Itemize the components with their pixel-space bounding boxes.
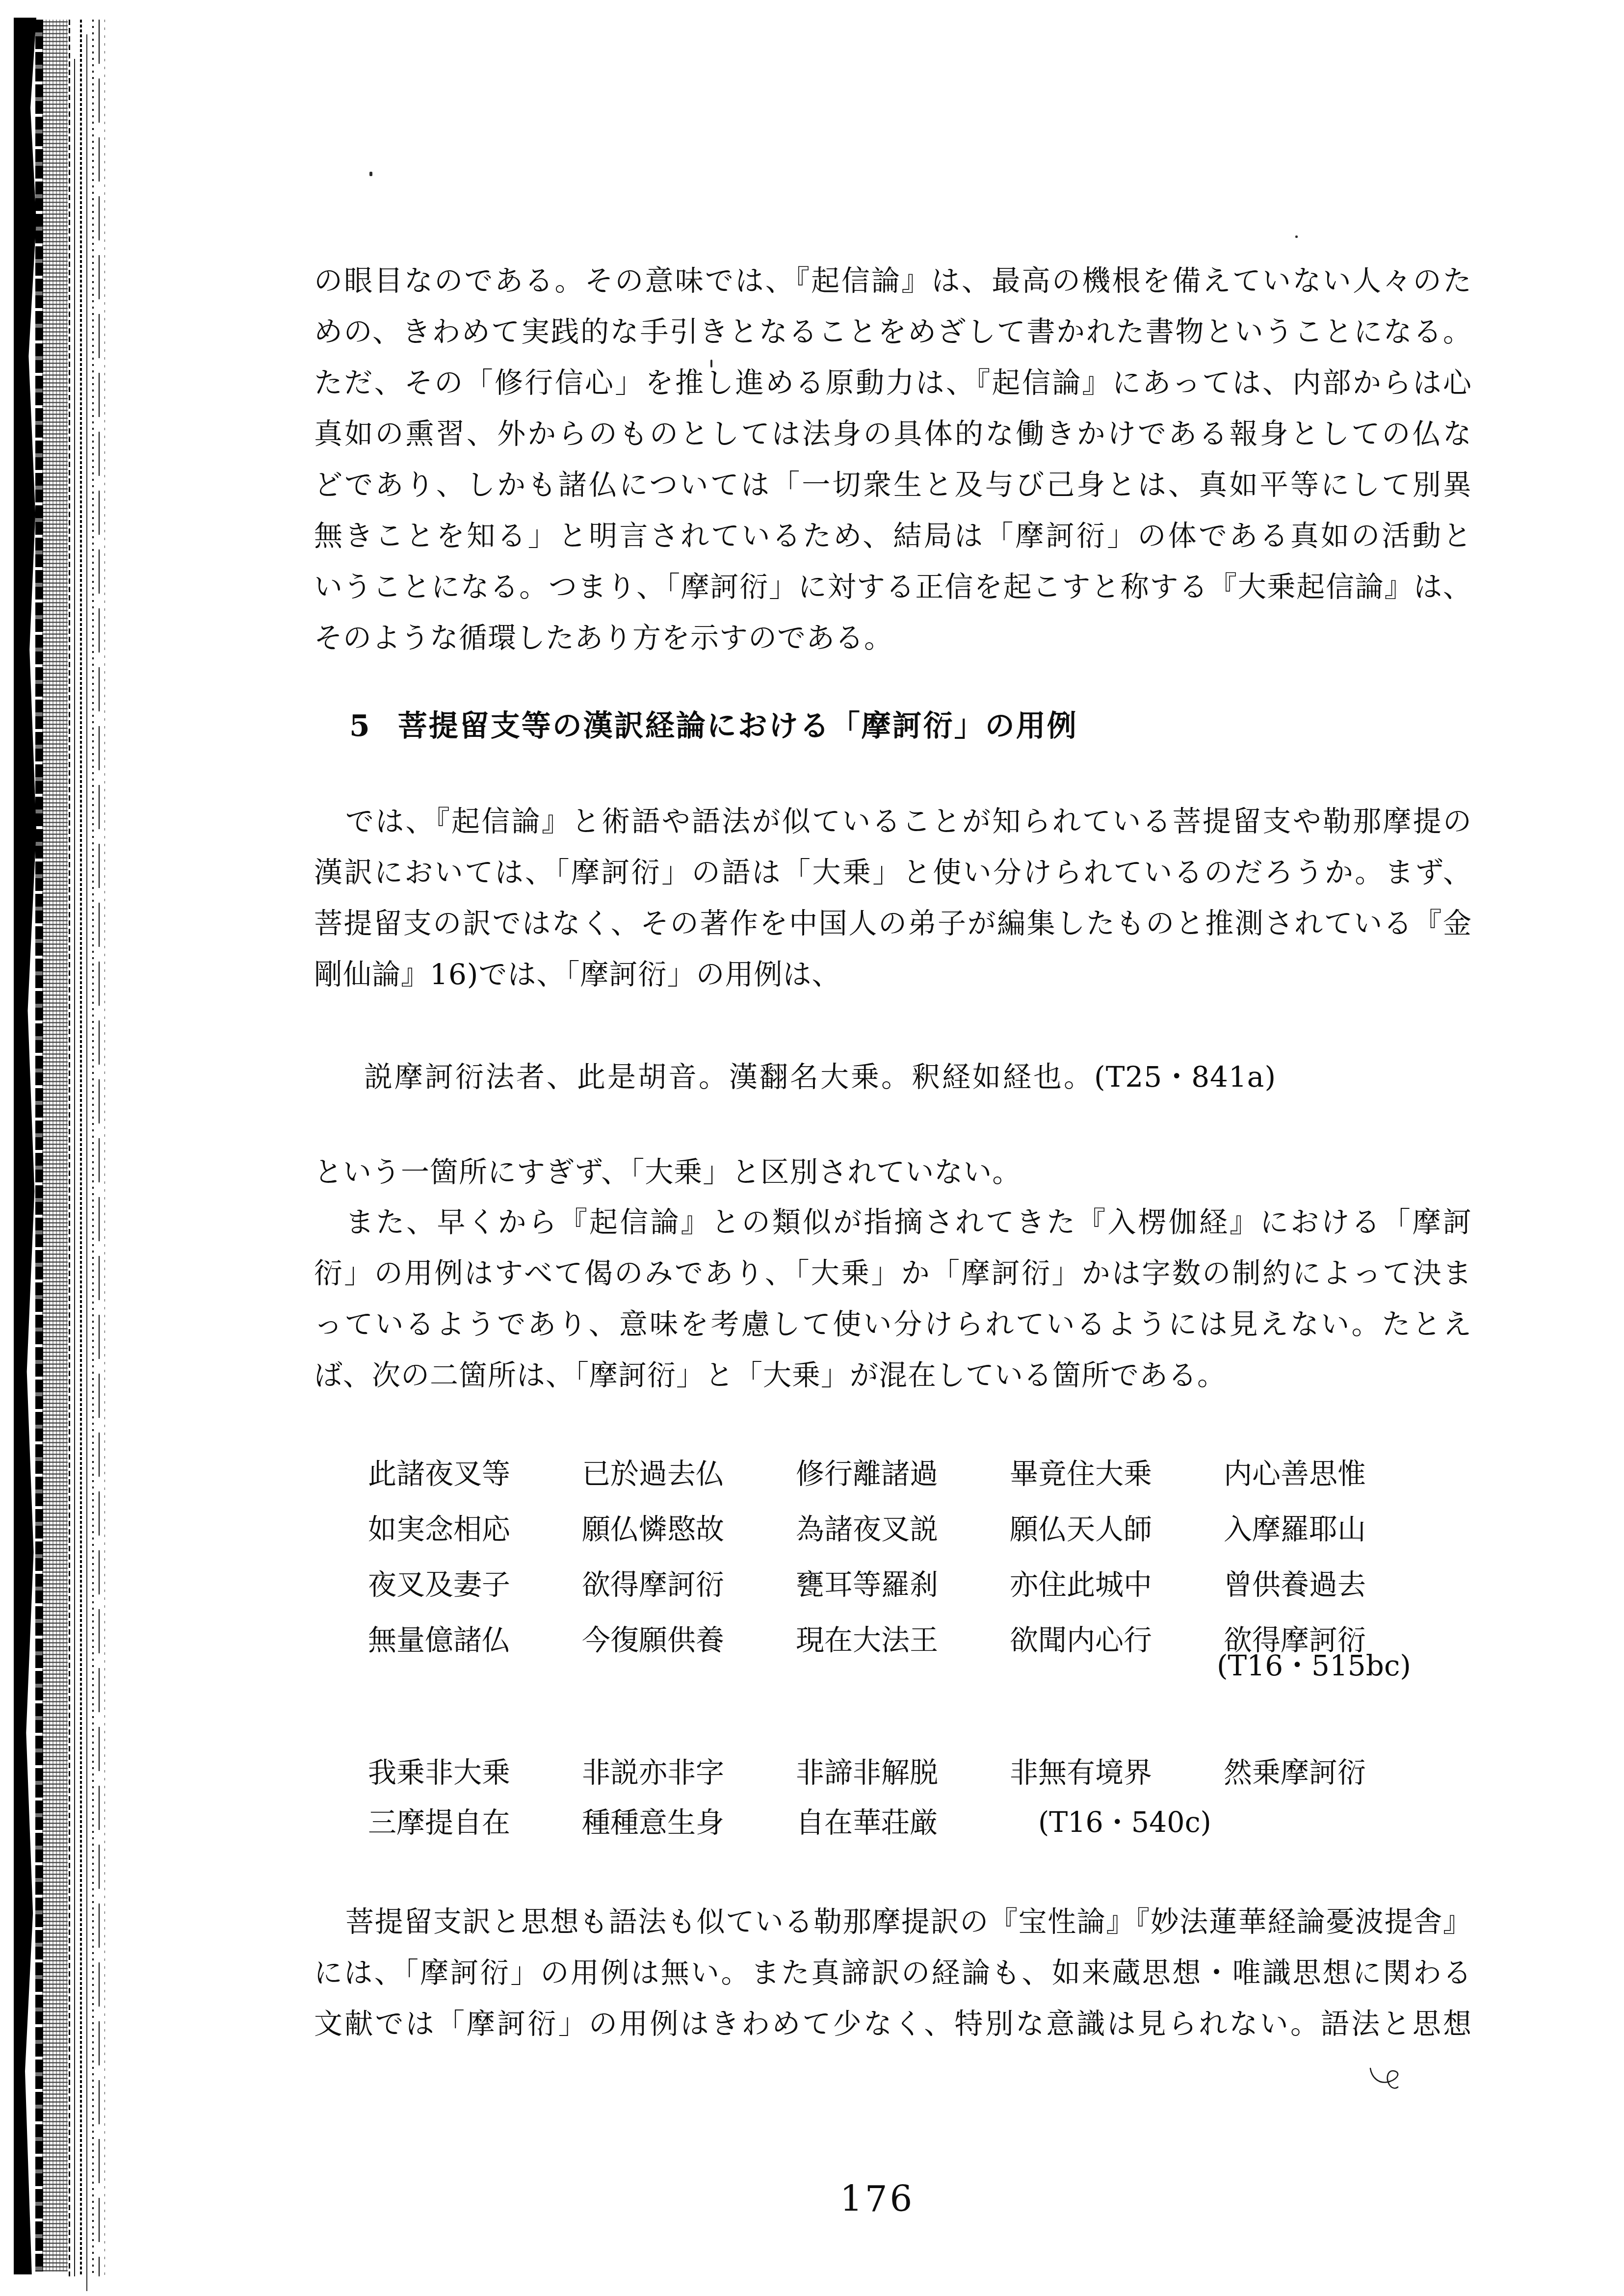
verse-phrase: 非無有境界 (1010, 1748, 1152, 1798)
verse-phrase: 甕耳等羅刹 (796, 1557, 938, 1613)
verse-phrase: 今復願供養 (582, 1613, 724, 1668)
gutter-streak (74, 59, 75, 2276)
paragraph-1: の眼目なのである。その意味では、『起信論』は、最高の機根を備えていない人々のため… (314, 255, 1472, 663)
verse-row: 我乗非大乗非説亦非字非諦非解脱非無有境界然乗摩訶衍 (368, 1748, 1366, 1798)
text-line: そのような循環したあり方を示すのである。 (314, 612, 1472, 663)
paragraph-5: 菩提留支訳と思想も語法も似ている勒那摩提訳の『宝性論』『妙法蓮華経論憂波提舎』に… (314, 1896, 1472, 2049)
paragraph-3: という一箇所にすぎず、「大乗」と区別されていない。 (314, 1147, 1472, 1198)
verse-citation: (T16・540c) (1038, 1798, 1211, 1848)
verse-phrase: 我乗非大乗 (368, 1748, 510, 1798)
verse-block-1: 此諸夜叉等已於過去仏修行離諸過畢竟住大乗内心善思惟如実念相応願仏憐愍故為諸夜叉説… (368, 1446, 1366, 1668)
gutter-streak (99, 20, 100, 2276)
text-line: 文献では「摩訶衍」の用例はきわめて少なく、特別な意識は見られない。語法と思想 (314, 1998, 1472, 2049)
text-line: には、「摩訶衍」の用例は無い。また真諦訳の経論も、如来蔵思想・唯識思想に関わる (314, 1947, 1472, 1998)
text-line: 無きことを知る」と明言されているため、結局は「摩訶衍」の体である真如の活動と (314, 510, 1472, 561)
verse-phrase: 然乗摩訶衍 (1224, 1748, 1366, 1798)
gutter-streak (92, 20, 94, 2276)
section-heading: 5菩提留支等の漢訳経論における「摩訶衍」の用例 (349, 701, 1078, 752)
quote-citation: (T25・841a) (1094, 1060, 1276, 1094)
text-line: また、早くから『起信論』との類似が指摘されてきた『入楞伽経』における「摩訶 (314, 1197, 1472, 1248)
pen-squiggle-mark (1369, 2067, 1418, 2098)
text-line: 真如の熏習、外からのものとしては法身の具体的な働きかけである報身としての仏な (314, 408, 1472, 459)
text-line: どであり、しかも諸仏については「一切衆生と及与び己身とは、真如平等にして別異 (314, 459, 1472, 510)
text-line: ば、次の二箇所は、「摩訶衍」と「大乗」が混在している箇所である。 (314, 1350, 1472, 1401)
verse-phrase: 無量億諸仏 (368, 1613, 510, 1668)
text-line: という一箇所にすぎず、「大乗」と区別されていない。 (314, 1147, 1472, 1198)
quote-text: 説摩訶衍法者、此是胡音。漢翻名大乗。釈経如経也。 (364, 1060, 1094, 1094)
verse-row: 夜叉及妻子欲得摩訶衍甕耳等羅刹亦住此城中曾供養過去 (368, 1557, 1366, 1613)
section-title: 菩提留支等の漢訳経論における「摩訶衍」の用例 (398, 709, 1078, 743)
gutter-streak (105, 20, 105, 2276)
gutter-noise (42, 20, 68, 2271)
verse-phrase: 種種意生身 (582, 1798, 724, 1848)
text-line: の眼目なのである。その意味では、『起信論』は、最高の機根を備えていない人々のた (314, 255, 1472, 306)
text-line: 菩提留支の訳ではなく、その著作を中国人の弟子が編集したものと推測されている『金 (314, 898, 1472, 949)
verse-phrase: 願仏憐愍故 (582, 1502, 724, 1557)
verse-phrase: 畢竟住大乗 (1010, 1446, 1152, 1502)
verse-phrase: 欲聞内心行 (1010, 1613, 1152, 1668)
text-line: 菩提留支訳と思想も語法も似ている勒那摩提訳の『宝性論』『妙法蓮華経論憂波提舎』 (314, 1896, 1472, 1947)
text-line: いうことになる。つまり、「摩訶衍」に対する正信を起こすと称する『大乗起信論』は、 (314, 561, 1472, 612)
verse-phrase: 修行離諸過 (796, 1446, 938, 1502)
text-line: では、『起信論』と術語や語法が似ていることが知られている菩提留支や勒那摩提の (314, 796, 1472, 847)
verse-phrase: 已於過去仏 (582, 1446, 724, 1502)
verse-phrase: 三摩提自在 (368, 1798, 510, 1848)
verse-phrase: 非諦非解脱 (796, 1748, 938, 1798)
paragraph-4: また、早くから『起信論』との類似が指摘されてきた『入楞伽経』における「摩訶衍」の… (314, 1197, 1472, 1401)
gutter-black-band (14, 18, 36, 2274)
verse-phrase: 現在大法王 (796, 1613, 938, 1668)
verse-row: 如実念相応願仏憐愍故為諸夜叉説願仏天人師入摩羅耶山 (368, 1502, 1366, 1557)
text-line: めの、きわめて実践的な手引きとなることをめざして書かれた書物ということになる。 (314, 306, 1472, 357)
verse-citation-1: (T16・515bc) (1217, 1640, 1411, 1691)
text-line: ただ、その「修行信心」を推し進める原動力は、『起信論』にあっては、内部からは心 (314, 357, 1472, 408)
page-number: 176 (840, 2179, 915, 2218)
verse-phrase: 如実念相応 (368, 1502, 510, 1557)
text-line: 衍」の用例はすべて偈のみであり、「大乗」か「摩訶衍」かは字数の制約によって決ま (314, 1248, 1472, 1299)
gutter-streak (80, 20, 82, 2276)
block-quote: 説摩訶衍法者、此是胡音。漢翻名大乗。釈経如経也。(T25・841a) (364, 1051, 1276, 1102)
text-line: 漢訳においては、「摩訶衍」の語は「大乗」と使い分けられているのだろうか。まず、 (314, 847, 1472, 898)
verse-phrase: 非説亦非字 (582, 1748, 724, 1798)
section-number: 5 (349, 709, 371, 743)
text-line: っているようであり、意味を考慮して使い分けられているようには見えない。たとえ (314, 1299, 1472, 1350)
verse-phrase: 願仏天人師 (1010, 1502, 1152, 1557)
text-line: 剛仙論』16)では、「摩訶衍」の用例は、 (314, 949, 1472, 1000)
verse-phrase: 曾供養過去 (1224, 1557, 1366, 1613)
verse-phrase: 亦住此城中 (1010, 1557, 1152, 1613)
verse-phrase: 自在華荘厳 (796, 1798, 938, 1848)
scan-gutter (0, 0, 118, 2296)
verse-phrase: 為諸夜叉説 (796, 1502, 938, 1557)
verse-phrase: 内心善思惟 (1224, 1446, 1366, 1502)
scanned-page: の眼目なのである。その意味では、『起信論』は、最高の機根を備えていない人々のため… (0, 0, 1624, 2296)
verse-phrase: 此諸夜叉等 (368, 1446, 510, 1502)
verse-phrase: 夜叉及妻子 (368, 1557, 510, 1613)
verse-row: 此諸夜叉等已於過去仏修行離諸過畢竟住大乗内心善思惟 (368, 1446, 1366, 1502)
gutter-streak (69, 20, 70, 2276)
paragraph-2: では、『起信論』と術語や語法が似ていることが知られている菩提留支や勒那摩提の漢訳… (314, 796, 1472, 1000)
verse-block-2: 我乗非大乗非説亦非字非諦非解脱非無有境界然乗摩訶衍三摩提自在種種意生身自在華荘厳… (368, 1748, 1366, 1848)
scan-speck (369, 172, 372, 176)
verse-row: 三摩提自在種種意生身自在華荘厳(T16・540c) (368, 1798, 1366, 1848)
verse-phrase: 欲得摩訶衍 (582, 1557, 724, 1613)
scan-speck (1295, 235, 1298, 238)
gutter-streak (86, 34, 87, 2291)
verse-phrase: 入摩羅耶山 (1224, 1502, 1366, 1557)
